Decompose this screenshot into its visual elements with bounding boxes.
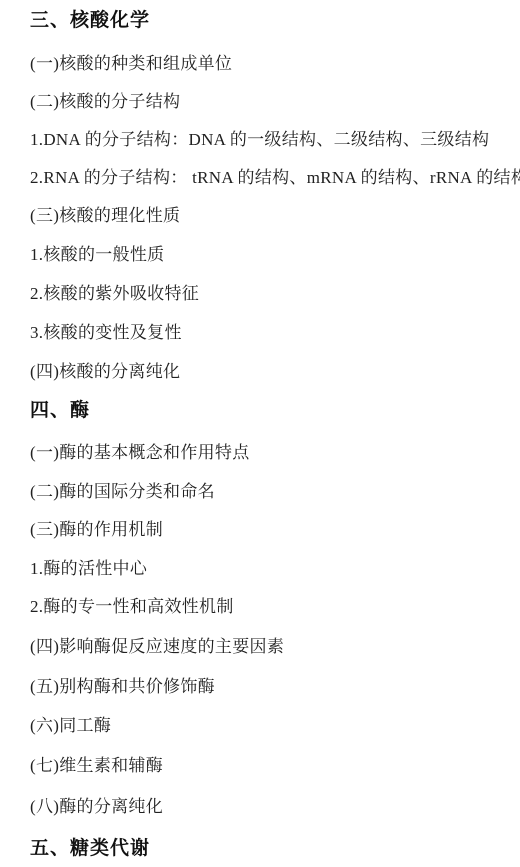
outline-item: (七)维生素和辅酶 (30, 757, 163, 775)
outline-item: (三)酶的作用机制 (30, 521, 163, 539)
outline-item: (四)核酸的分离纯化 (30, 363, 180, 381)
outline-item: (三)核酸的理化性质 (30, 207, 180, 225)
outline-item: (六)同工酶 (30, 717, 111, 735)
outline-item: 2.RNA 的分子结构： tRNA 的结构、mRNA 的结构、rRNA 的结构 (30, 169, 520, 187)
outline-item: (八)酶的分离纯化 (30, 798, 163, 816)
outline-item: 1.核酸的一般性质 (30, 246, 164, 264)
outline-item: 1.酶的活性中心 (30, 560, 147, 578)
outline-item: 1.DNA 的分子结构：DNA 的一级结构、二级结构、三级结构 (30, 131, 489, 149)
section-heading-carbohydrate-metabolism: 五、糖类代谢 (30, 839, 150, 858)
outline-item: (一)核酸的种类和组成单位 (30, 55, 232, 73)
outline-item: (四)影响酶促反应速度的主要因素 (30, 638, 284, 656)
outline-item: 2.核酸的紫外吸收特征 (30, 285, 199, 303)
outline-item: (一)酶的基本概念和作用特点 (30, 444, 250, 462)
outline-item: (二)酶的国际分类和命名 (30, 483, 215, 501)
section-heading-enzymes: 四、酶 (30, 401, 90, 420)
outline-item: 3.核酸的变性及复性 (30, 324, 182, 342)
outline-item: 2.酶的专一性和高效性机制 (30, 598, 234, 616)
outline-item: (二)核酸的分子结构 (30, 93, 180, 111)
section-heading-nucleic-acid-chemistry: 三、核酸化学 (30, 11, 150, 30)
document-page: 三、核酸化学 (一)核酸的种类和组成单位 (二)核酸的分子结构 1.DNA 的分… (0, 0, 520, 867)
outline-item: (五)别构酶和共价修饰酶 (30, 678, 215, 696)
